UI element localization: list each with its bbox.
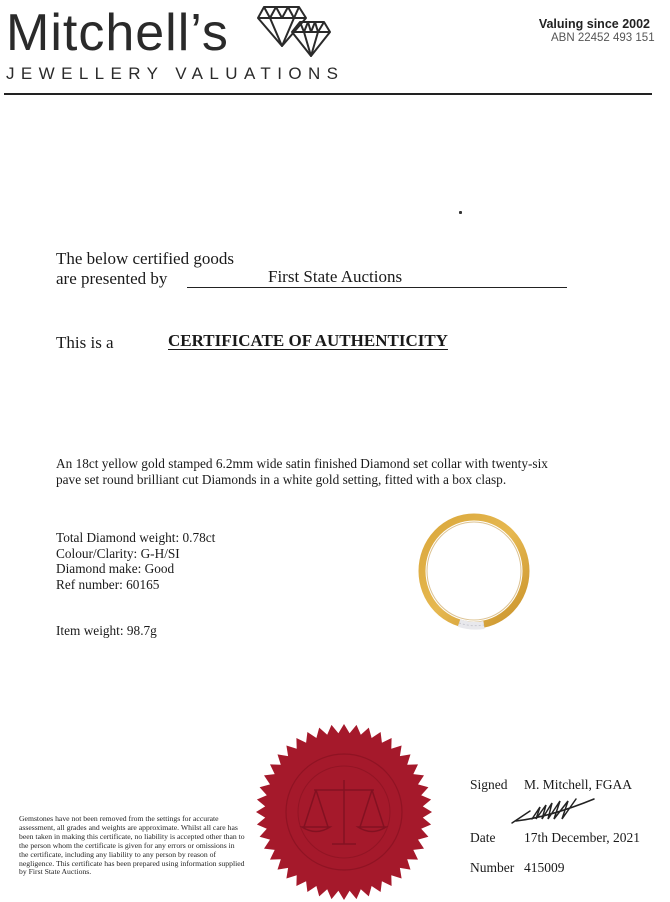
necklace-photo	[414, 511, 534, 635]
tagline: Valuing since 2002	[539, 17, 650, 31]
signed-label: Signed	[470, 777, 508, 793]
paper-speck	[459, 211, 462, 214]
number-label: Number	[470, 860, 514, 876]
spec-diamond-make: Diamond make: Good	[56, 561, 215, 577]
date-label: Date	[470, 830, 495, 846]
date-value: 17th December, 2021	[524, 830, 640, 846]
diamonds-icon	[256, 4, 332, 60]
spec-diamond-weight: Total Diamond weight: 0.78ct	[56, 530, 215, 546]
brand-name: Mitchell’s	[6, 6, 229, 60]
spec-ref-number: Ref number: 60165	[56, 577, 215, 593]
signed-value: M. Mitchell, FGAA	[524, 777, 632, 793]
spec-colour-clarity: Colour/Clarity: G-H/SI	[56, 546, 215, 562]
signature-mark	[510, 797, 598, 825]
intro-line-2: are presented by	[56, 269, 167, 289]
header-divider	[4, 93, 652, 95]
certificate-prefix: This is a	[56, 333, 114, 353]
certificate-title: CERTIFICATE OF AUTHENTICITY	[168, 331, 448, 351]
abn-number: ABN 22452 493 151	[551, 32, 655, 44]
item-specs: Total Diamond weight: 0.78ct Colour/Clar…	[56, 530, 215, 592]
presenter-name: First State Auctions	[268, 267, 402, 287]
brand-subtitle: JEWELLERY VALUATIONS	[6, 64, 344, 84]
item-weight: Item weight: 98.7g	[56, 623, 157, 639]
number-value: 415009	[524, 860, 565, 876]
intro-line-1: The below certified goods	[56, 249, 234, 269]
item-description: An 18ct yellow gold stamped 6.2mm wide s…	[56, 456, 556, 487]
scales-of-justice-icon	[254, 722, 434, 902]
disclaimer-text: Gemstones have not been removed from the…	[19, 815, 245, 877]
